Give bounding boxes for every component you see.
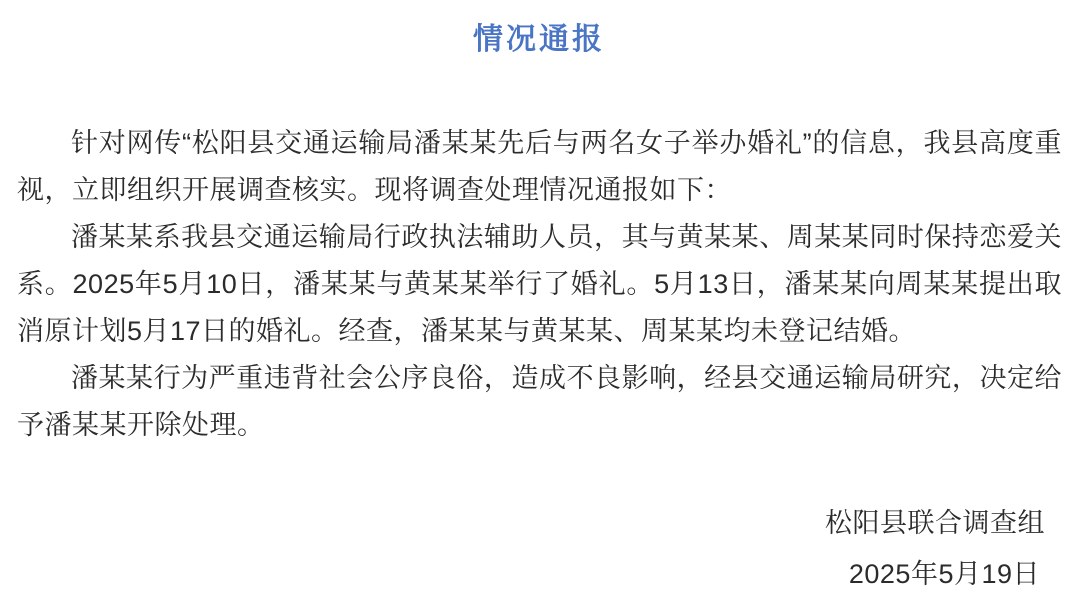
notice-paragraph: 潘某某行为严重违背社会公序良俗，造成不良影响，经县交通运输局研究，决定给予潘某某… [17,355,1062,449]
signature: 松阳县联合调查组 [0,500,1045,547]
date: 2025年5月19日 [0,551,1040,598]
notice-document: 情况通报 针对网传“松阳县交通运输局潘某某先后与两名女子举办婚礼”的信息，我县高… [0,0,1078,598]
notice-body: 针对网传“松阳县交通运输局潘某某先后与两名女子举办婚礼”的信息，我县高度重视，立… [17,120,1062,449]
notice-paragraph: 针对网传“松阳县交通运输局潘某某先后与两名女子举办婚礼”的信息，我县高度重视，立… [17,120,1062,214]
notice-paragraph: 潘某某系我县交通运输局行政执法辅助人员，其与黄某某、周某某同时保持恋爱关系。20… [17,214,1062,355]
page-title: 情况通报 [0,22,1078,58]
